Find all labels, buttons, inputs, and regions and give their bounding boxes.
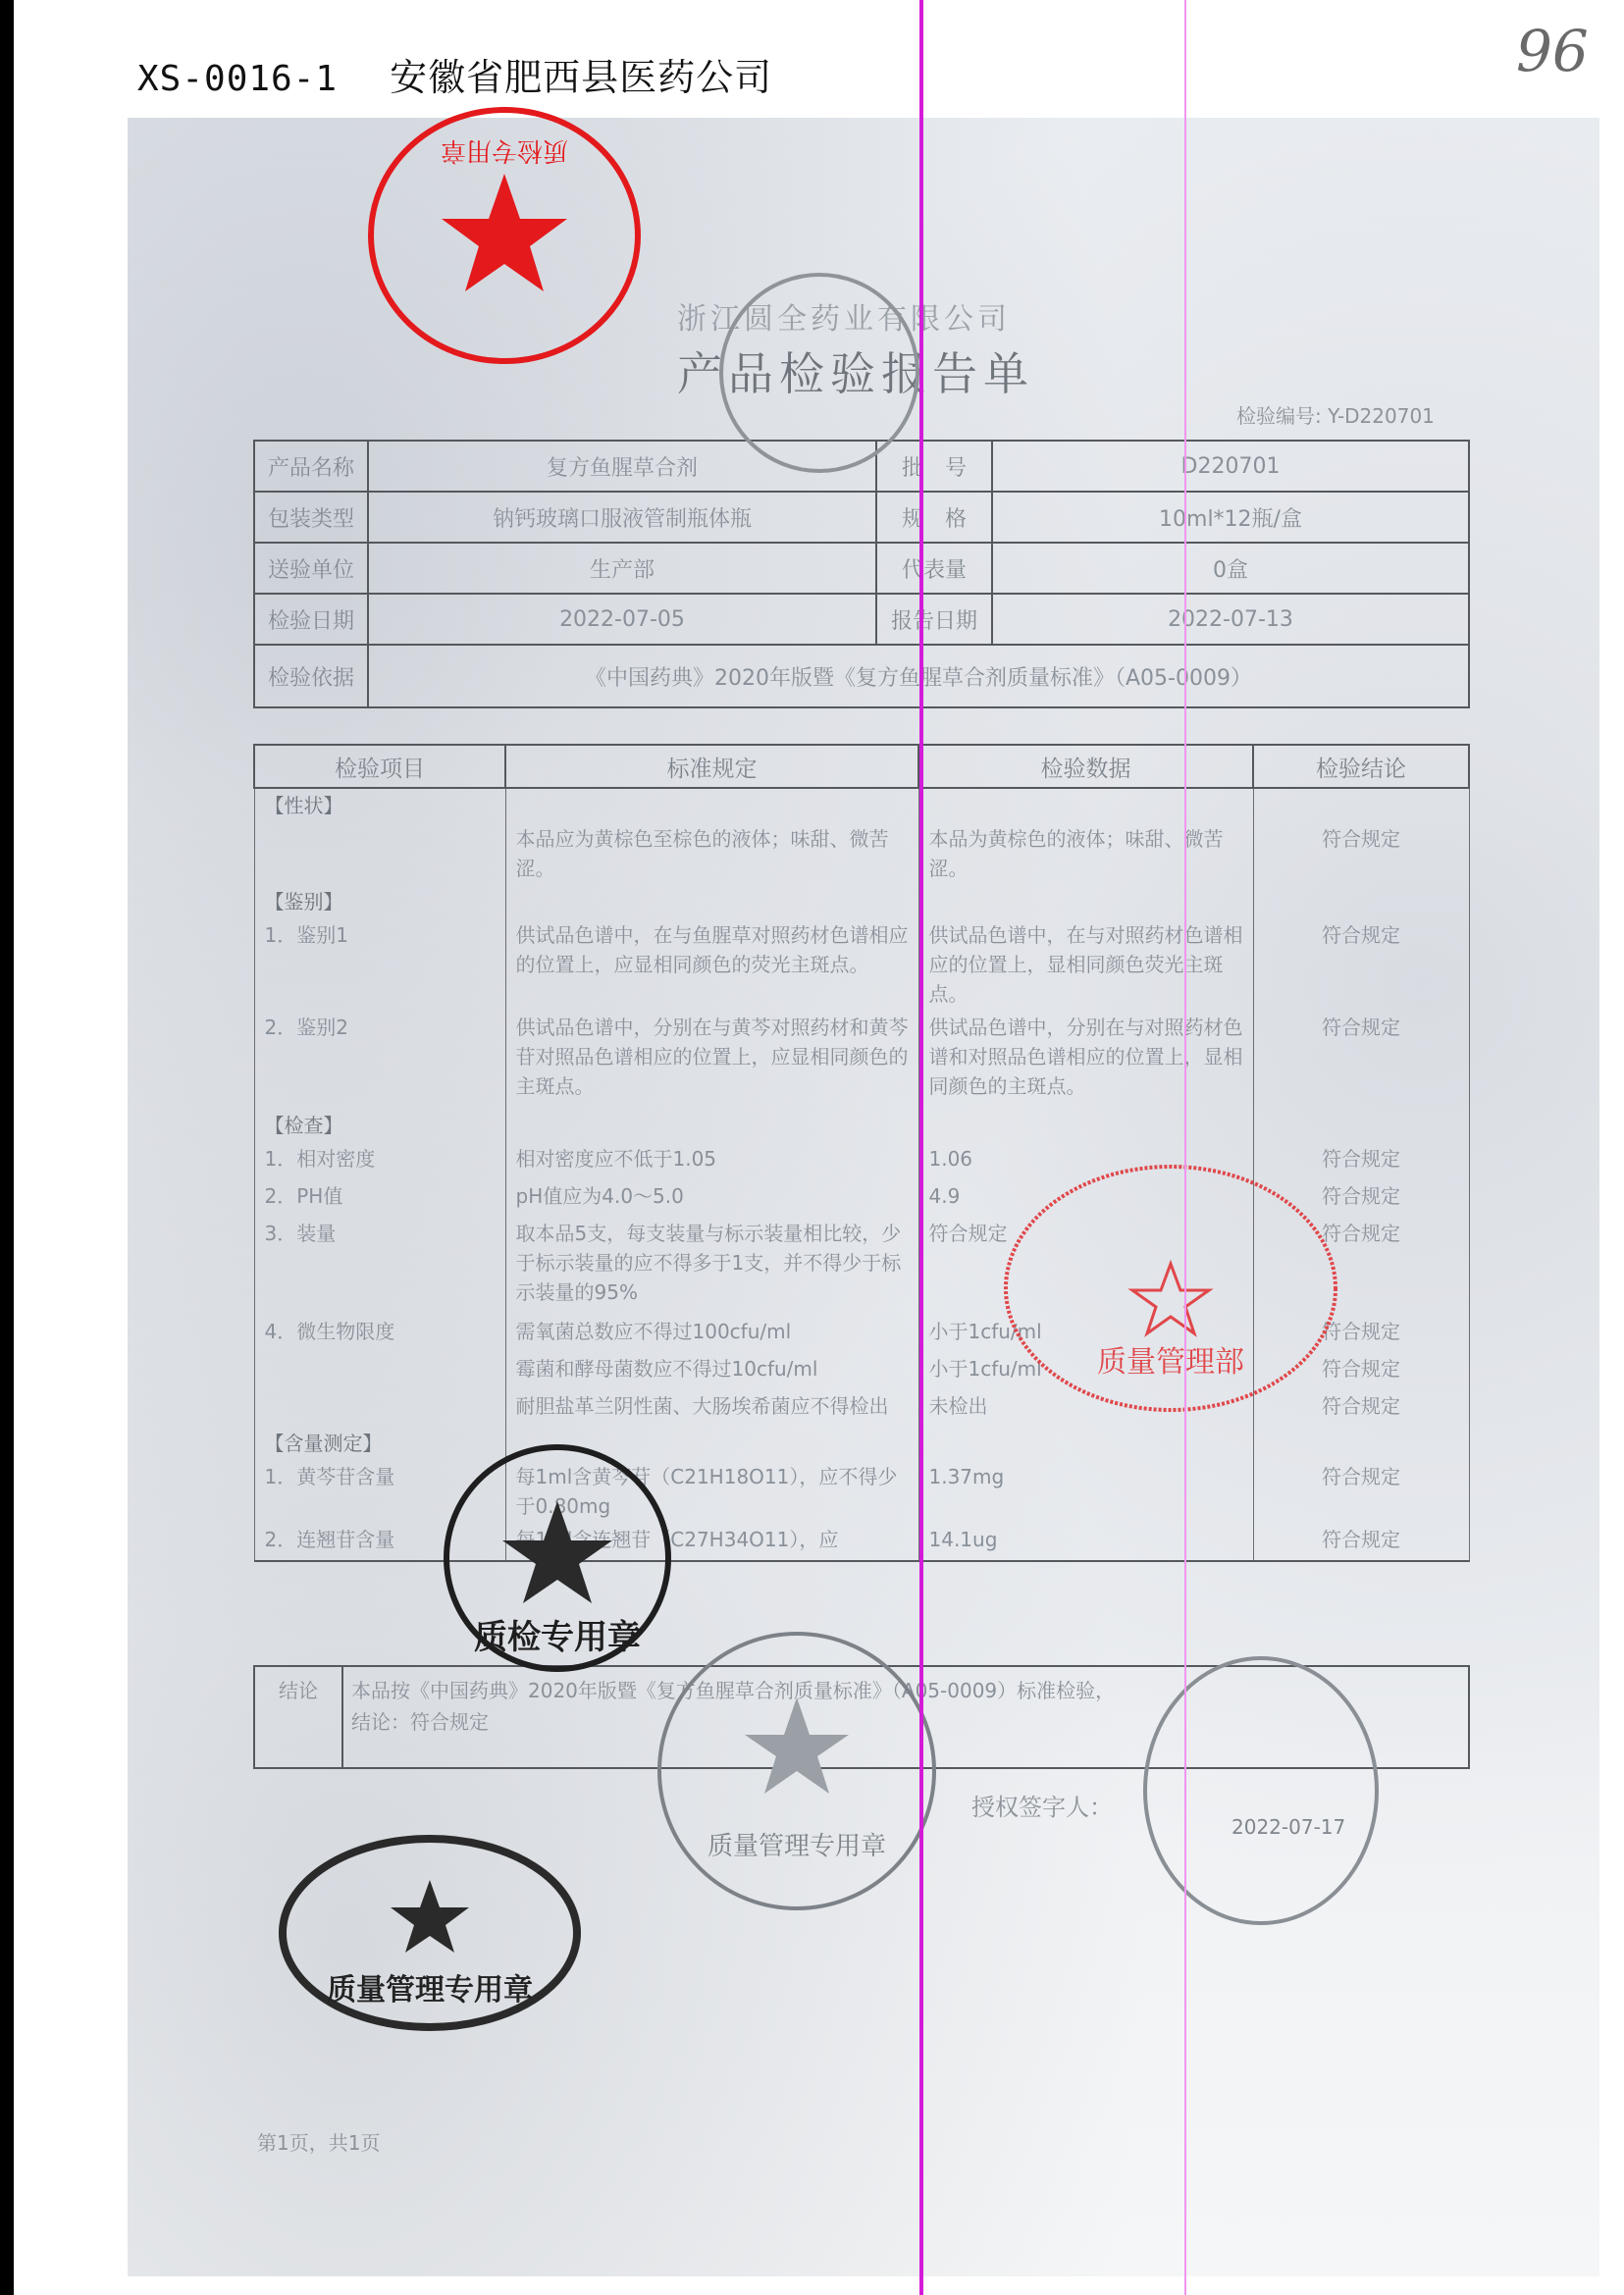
cell-item: 【检查】	[254, 1109, 505, 1142]
conclusion-line-1: 本品按《中国药典》2020年版暨《复方鱼腥草合剂质量标准》（A05-0009）标…	[351, 1675, 1460, 1706]
cell-data: 14.1ug	[918, 1523, 1253, 1561]
conclusion-table: 结论 本品按《中国药典》2020年版暨《复方鱼腥草合剂质量标准》（A05-000…	[253, 1665, 1470, 1769]
cell-std	[505, 1427, 918, 1460]
conclusion-label: 结论	[254, 1666, 342, 1768]
report-title: 产品检验报告单	[677, 339, 1034, 403]
cell-std: 耐胆盐革兰阴性菌、大肠埃希菌应不得检出	[505, 1389, 918, 1427]
table-row: 耐胆盐革兰阴性菌、大肠埃希菌应不得检出未检出符合规定	[254, 1389, 1469, 1427]
col-test-item: 检验项目	[254, 745, 505, 788]
cell-item: 1．黄芩苷含量	[254, 1460, 505, 1523]
table-section-row: 【性状】	[254, 788, 1469, 822]
report-date: 2022-07-13	[992, 594, 1469, 645]
document-header: XS-0016-1 安徽省肥西县医药公司	[137, 47, 772, 101]
receiving-company: 安徽省肥西县医药公司	[390, 56, 772, 99]
cell-data: 供试品色谱中，分别在与对照药材色谱和对照品色谱相应的位置上，显相同颜色的主斑点。	[918, 1011, 1253, 1109]
table-section-row: 【含量测定】	[254, 1427, 1469, 1460]
cell-item: 【性状】	[254, 788, 505, 822]
table-row: 2．连翘苷含量每1ml含连翘苷（C27H34O11），应14.1ug符合规定	[254, 1523, 1469, 1561]
cell-std: 取本品5支，每支装量与标示装量相比较，少于标示装量的应不得多于1支，并不得少于标…	[505, 1217, 918, 1315]
table-row: 2．PH值pH值应为4.0～5.04.9符合规定	[254, 1179, 1469, 1217]
cell-item: 1．鉴别1	[254, 918, 505, 1011]
table-row: 4．微生物限度需氧菌总数应不得过100cfu/ml小于1cfu/ml符合规定	[254, 1315, 1469, 1352]
label-package: 包装类型	[254, 492, 368, 543]
label-test-date: 检验日期	[254, 594, 368, 645]
col-result: 检验结论	[1253, 745, 1469, 788]
cell-std	[505, 788, 918, 822]
cell-data: 本品为黄棕色的液体；味甜、微苦涩。	[918, 822, 1253, 885]
cell-std	[505, 885, 918, 918]
cell-result: 符合规定	[1253, 1389, 1469, 1427]
handwritten-page-number: 96	[1516, 18, 1589, 84]
cell-result: 符合规定	[1253, 822, 1469, 885]
cell-item: 2．连翘苷含量	[254, 1523, 505, 1561]
col-data: 检验数据	[918, 745, 1253, 788]
cell-std: 供试品色谱中，在与鱼腥草对照药材色谱相应的位置上，应显相同颜色的荧光主斑点。	[505, 918, 918, 1011]
issuer-name: 浙江圆全药业有限公司	[677, 294, 1011, 338]
label-batch: 批 号	[876, 441, 992, 492]
conclusion-line-2: 结论：符合规定	[351, 1706, 1460, 1738]
cell-result: 符合规定	[1253, 1142, 1469, 1179]
cell-data: 4.9	[918, 1179, 1253, 1217]
cell-result: 符合规定	[1253, 1217, 1469, 1315]
label-basis: 检验依据	[254, 645, 368, 707]
cell-std: 需氧菌总数应不得过100cfu/ml	[505, 1315, 918, 1352]
cell-result: 符合规定	[1253, 1460, 1469, 1523]
page-footer: 第1页，共1页	[257, 2127, 380, 2156]
table-row: 1．相对密度相对密度应不低于1.051.06符合规定	[254, 1142, 1469, 1179]
signature-date: 2022-07-17	[1231, 1815, 1345, 1839]
col-standard: 标准规定	[505, 745, 918, 788]
label-quantity: 代表量	[876, 543, 992, 594]
cell-std: 霉菌和酵母菌数应不得过10cfu/ml	[505, 1352, 918, 1389]
conclusion-text: 本品按《中国药典》2020年版暨《复方鱼腥草合剂质量标准》（A05-0009）标…	[342, 1666, 1469, 1768]
cell-item	[254, 1389, 505, 1427]
cell-item	[254, 1352, 505, 1389]
package-type: 钠钙玻璃口服液管制瓶体瓶	[368, 492, 876, 543]
cell-data: 1.06	[918, 1142, 1253, 1179]
cell-data: 小于1cfu/ml	[918, 1352, 1253, 1389]
cell-result: 符合规定	[1253, 1315, 1469, 1352]
product-name: 复方鱼腥草合剂	[368, 441, 876, 492]
cell-std: 每1ml含黄芩苷（C21H18O11），应不得少于0.80mg	[505, 1460, 918, 1523]
cell-item	[254, 822, 505, 885]
representative-quantity: 0盒	[992, 543, 1469, 594]
label-report-date: 报告日期	[876, 594, 992, 645]
cell-item: 3．装量	[254, 1217, 505, 1315]
cell-item: 2．PH值	[254, 1179, 505, 1217]
cell-item: 1．相对密度	[254, 1142, 505, 1179]
cell-data: 未检出	[918, 1389, 1253, 1427]
cell-result: 符合规定	[1253, 1011, 1469, 1109]
cell-std: 供试品色谱中，分别在与黄芩对照药材和黄芩苷对照品色谱相应的位置上，应显相同颜色的…	[505, 1011, 918, 1109]
cell-result: 符合规定	[1253, 1523, 1469, 1561]
product-info-table: 产品名称 复方鱼腥草合剂 批 号 D220701 包装类型 钠钙玻璃口服液管制瓶…	[253, 440, 1470, 708]
cell-item: 2．鉴别2	[254, 1011, 505, 1109]
label-spec: 规 格	[876, 492, 992, 543]
cell-result: 符合规定	[1253, 1179, 1469, 1217]
authorized-signer-label: 授权签字人：	[971, 1788, 1113, 1822]
spec: 10ml*12瓶/盒	[992, 492, 1469, 543]
table-row: 本品应为黄棕色至棕色的液体；味甜、微苦涩。本品为黄棕色的液体；味甜、微苦涩。符合…	[254, 822, 1469, 885]
label-dept: 送验单位	[254, 543, 368, 594]
batch-number: D220701	[992, 441, 1469, 492]
scan-edge	[0, 0, 14, 2295]
cell-std: 每1ml含连翘苷（C27H34O11），应	[505, 1523, 918, 1561]
cell-result	[1253, 885, 1469, 918]
cell-result	[1253, 1109, 1469, 1142]
test-basis: 《中国药典》2020年版暨《复方鱼腥草合剂质量标准》（A05-0009）	[368, 645, 1469, 707]
table-section-row: 【鉴别】	[254, 885, 1469, 918]
cell-data	[918, 788, 1253, 822]
label-product-name: 产品名称	[254, 441, 368, 492]
cell-item: 4．微生物限度	[254, 1315, 505, 1352]
table-section-row: 【检查】	[254, 1109, 1469, 1142]
test-results-table: 检验项目 标准规定 检验数据 检验结论 【性状】本品应为黄棕色至棕色的液体；味甜…	[253, 744, 1470, 1562]
submitting-dept: 生产部	[368, 543, 876, 594]
cell-data: 1.37mg	[918, 1460, 1253, 1523]
cell-result: 符合规定	[1253, 918, 1469, 1011]
cell-std: pH值应为4.0～5.0	[505, 1179, 918, 1217]
cell-data	[918, 1109, 1253, 1142]
table-row: 1．黄芩苷含量每1ml含黄芩苷（C21H18O11），应不得少于0.80mg1.…	[254, 1460, 1469, 1523]
table-row: 2．鉴别2供试品色谱中，分别在与黄芩对照药材和黄芩苷对照品色谱相应的位置上，应显…	[254, 1011, 1469, 1109]
cell-item: 【含量测定】	[254, 1427, 505, 1460]
cell-data: 供试品色谱中，在与对照药材色谱相应的位置上，显相同颜色荧光主斑点。	[918, 918, 1253, 1011]
cell-data	[918, 885, 1253, 918]
cell-result	[1253, 788, 1469, 822]
cell-std: 本品应为黄棕色至棕色的液体；味甜、微苦涩。	[505, 822, 918, 885]
scanner-artifact-line	[919, 0, 923, 2295]
scanner-artifact-line-thin	[1184, 0, 1186, 2295]
cell-data: 符合规定	[918, 1217, 1253, 1315]
table-row: 霉菌和酵母菌数应不得过10cfu/ml小于1cfu/ml符合规定	[254, 1352, 1469, 1389]
table-row: 1．鉴别1供试品色谱中，在与鱼腥草对照药材色谱相应的位置上，应显相同颜色的荧光主…	[254, 918, 1469, 1011]
test-date: 2022-07-05	[368, 594, 876, 645]
cell-item: 【鉴别】	[254, 885, 505, 918]
cell-result: 符合规定	[1253, 1352, 1469, 1389]
table-row: 3．装量取本品5支，每支装量与标示装量相比较，少于标示装量的应不得多于1支，并不…	[254, 1217, 1469, 1315]
cell-data	[918, 1427, 1253, 1460]
cell-data: 小于1cfu/ml	[918, 1315, 1253, 1352]
cell-result	[1253, 1427, 1469, 1460]
cell-std	[505, 1109, 918, 1142]
document-code: XS-0016-1	[137, 59, 338, 99]
report-number: 检验编号: Y-D220701	[1236, 400, 1435, 429]
cell-std: 相对密度应不低于1.05	[505, 1142, 918, 1179]
